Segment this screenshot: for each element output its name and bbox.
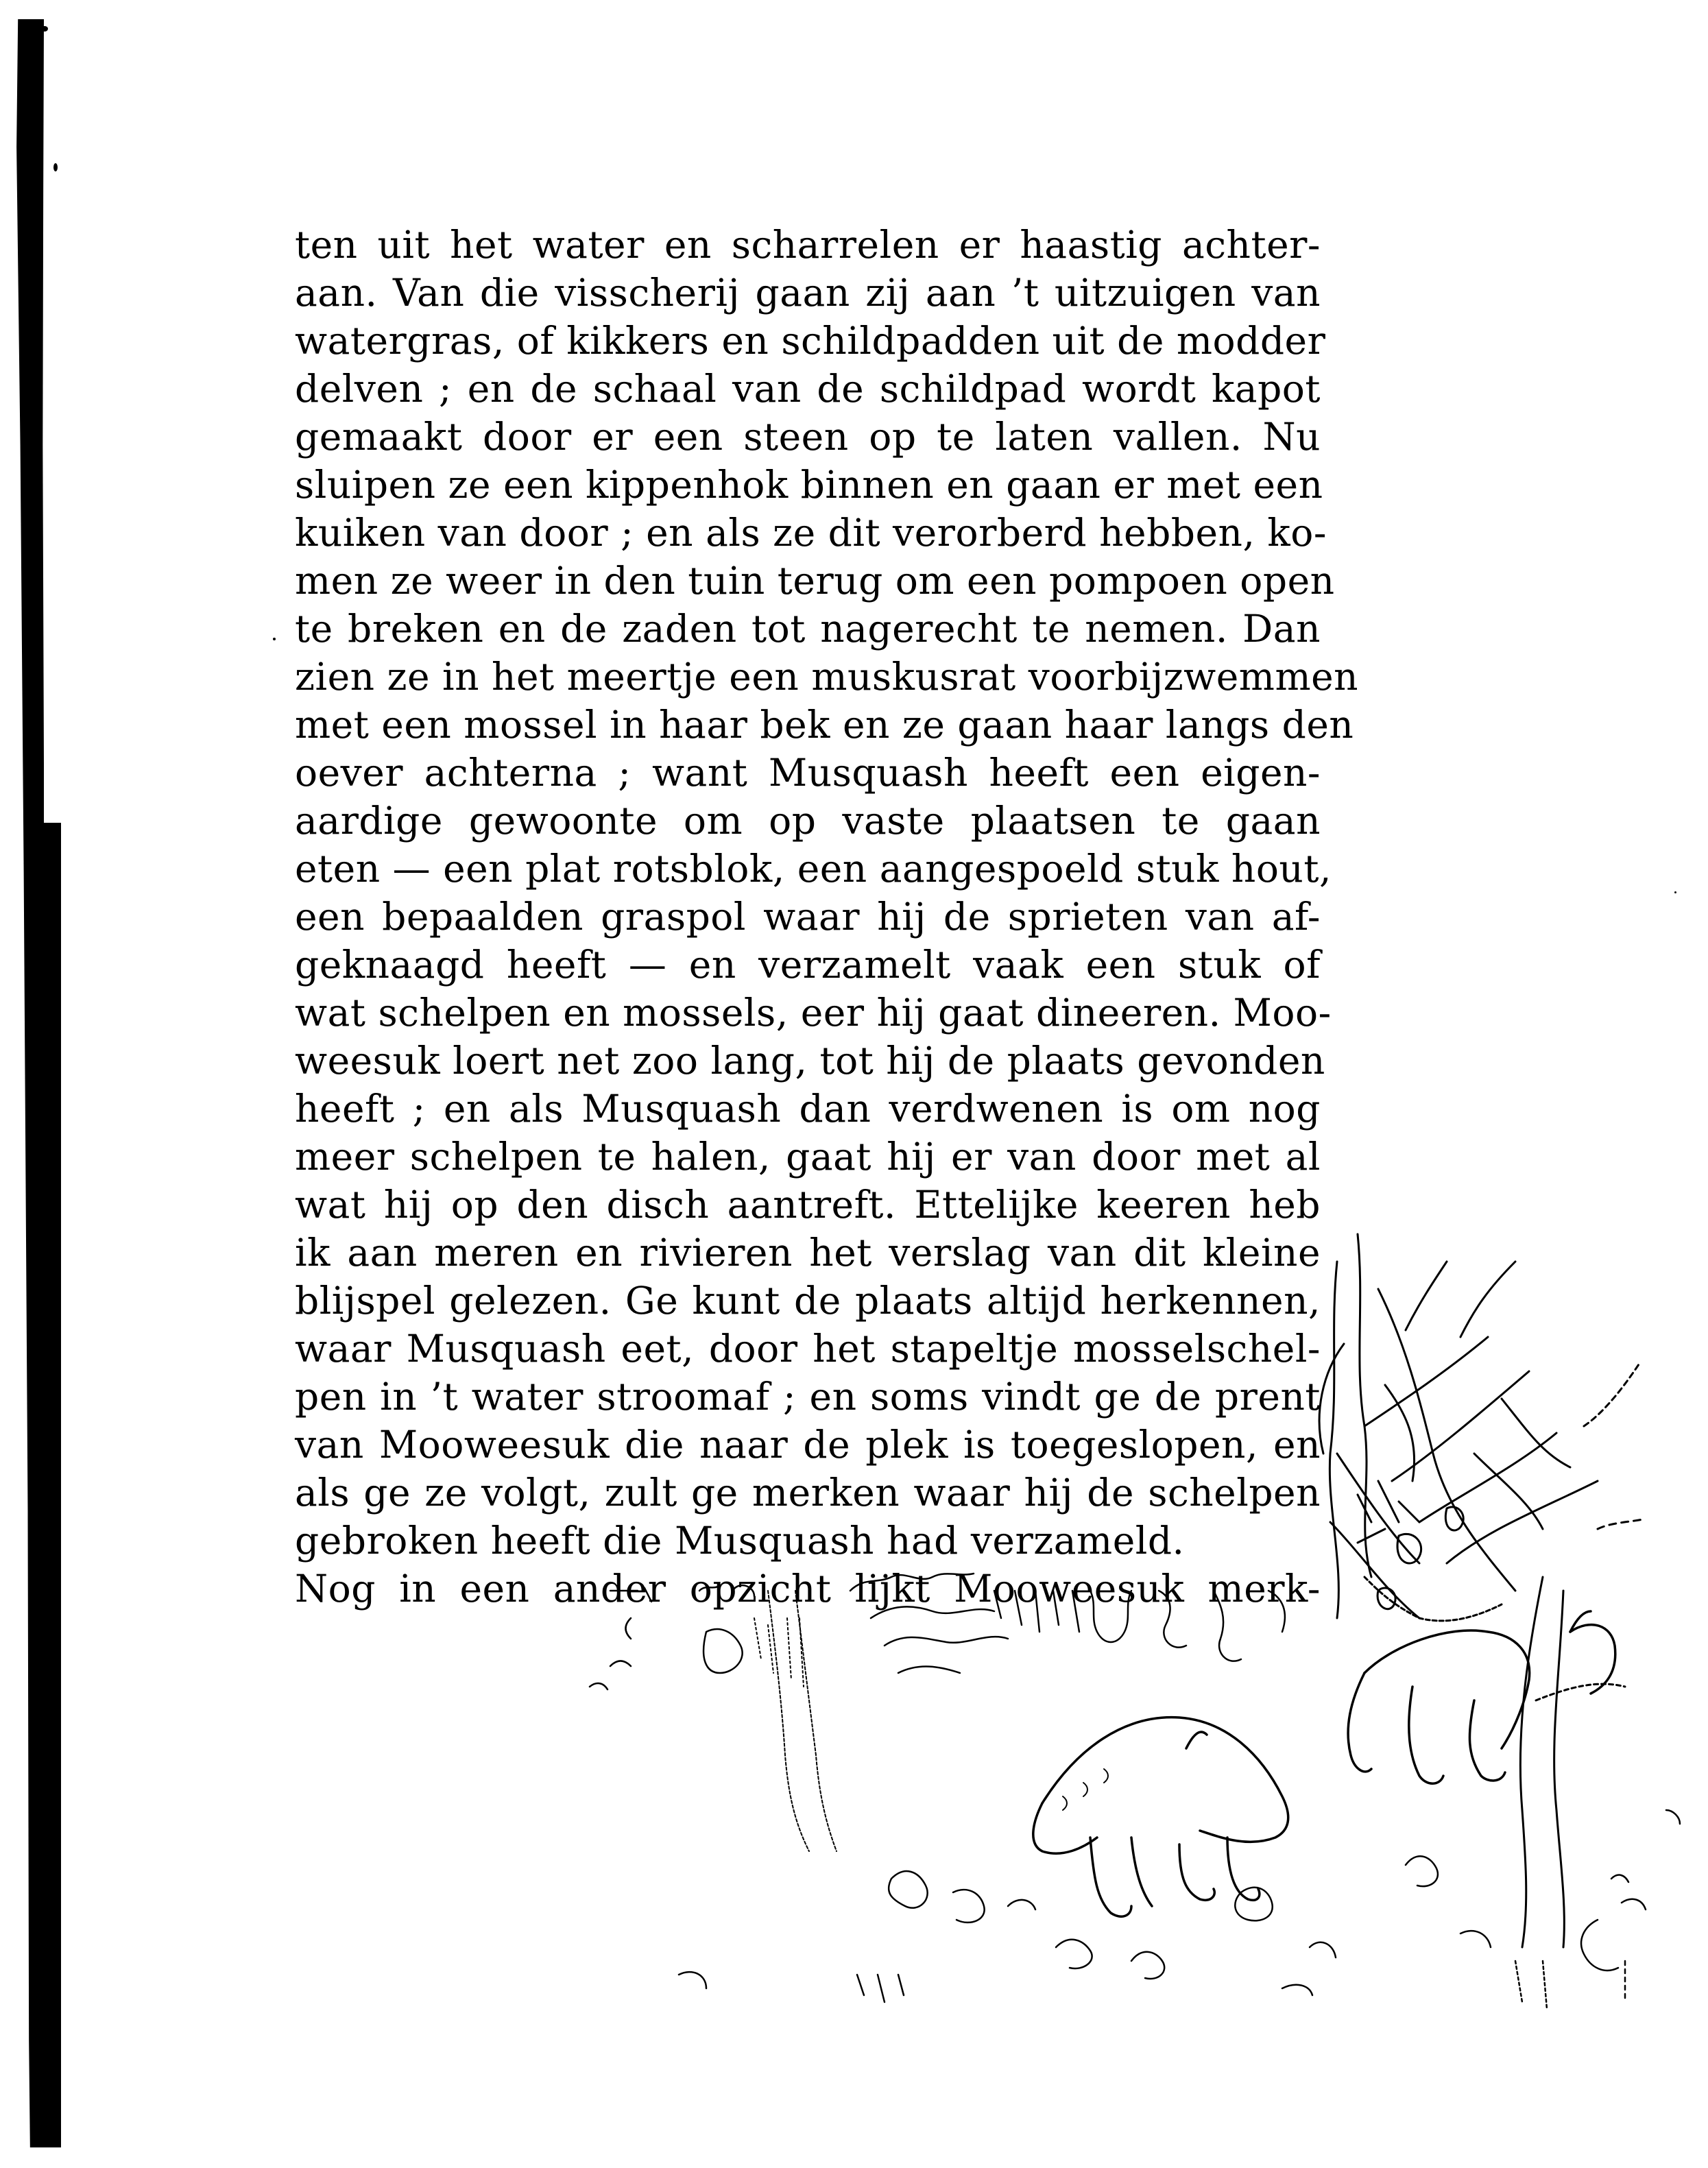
page-binding-edge-lower [31, 823, 61, 2147]
text-line: eten — een plat rotsblok, een aangespoel… [295, 845, 1321, 893]
text-line: meer schelpen te halen, gaat hij er van … [295, 1133, 1321, 1181]
raccoon-left-icon [1033, 1718, 1288, 1917]
text-line: geknaagd heeft — en verzamelt vaak een s… [295, 941, 1321, 989]
text-line: sluipen ze een kippenhok binnen en gaan … [295, 461, 1321, 509]
text-line: zien ze in het meertje een muskusrat voo… [295, 653, 1321, 701]
raccoon-right-icon [1348, 1611, 1615, 1783]
text-line: met een mossel in haar bek en ze gaan ha… [295, 701, 1321, 749]
text-line: ten uit het water en scharrelen er haast… [295, 221, 1321, 269]
scan-speck [1674, 891, 1676, 893]
text-line: kuiken van door ; en als ze dit verorber… [295, 509, 1321, 557]
text-line: heeft ; en als Musquash dan verdwenen is… [295, 1085, 1321, 1133]
text-line: te breken en de zaden tot nagerecht te n… [295, 605, 1321, 653]
text-line: men ze weer in den tuin terug om een pom… [295, 557, 1321, 605]
ground-leaves-icon [679, 1810, 1680, 2009]
scan-speck [53, 163, 58, 171]
text-line: oever achterna ; want Musquash heeft een… [295, 749, 1321, 797]
text-line: een bepaalden graspol waar hij de spriet… [295, 893, 1321, 941]
text-line: weesuk loert net zoo lang, tot hij de pl… [295, 1037, 1321, 1085]
text-line: delven ; en de schaal van de schildpad w… [295, 365, 1321, 413]
text-line: watergras, of kikkers en schildpadden ui… [295, 317, 1321, 365]
scan-speck [41, 26, 48, 32]
text-line: gemaakt door er een steen op te laten va… [295, 413, 1321, 461]
scan-speck [273, 638, 276, 640]
text-line: aardige gewoonte om op vaste plaatsen te… [295, 797, 1321, 845]
text-line: aan. Van die visscherij gaan zij aan ’t … [295, 269, 1321, 317]
foliage-icon [590, 1574, 1285, 1689]
tree-branches-icon [1319, 1234, 1646, 1621]
raccoon-illustration [473, 1207, 1694, 2030]
tree-trunk-left-icon [754, 1591, 837, 1851]
text-line: wat schelpen en mossels, eer hij gaat di… [295, 989, 1321, 1037]
